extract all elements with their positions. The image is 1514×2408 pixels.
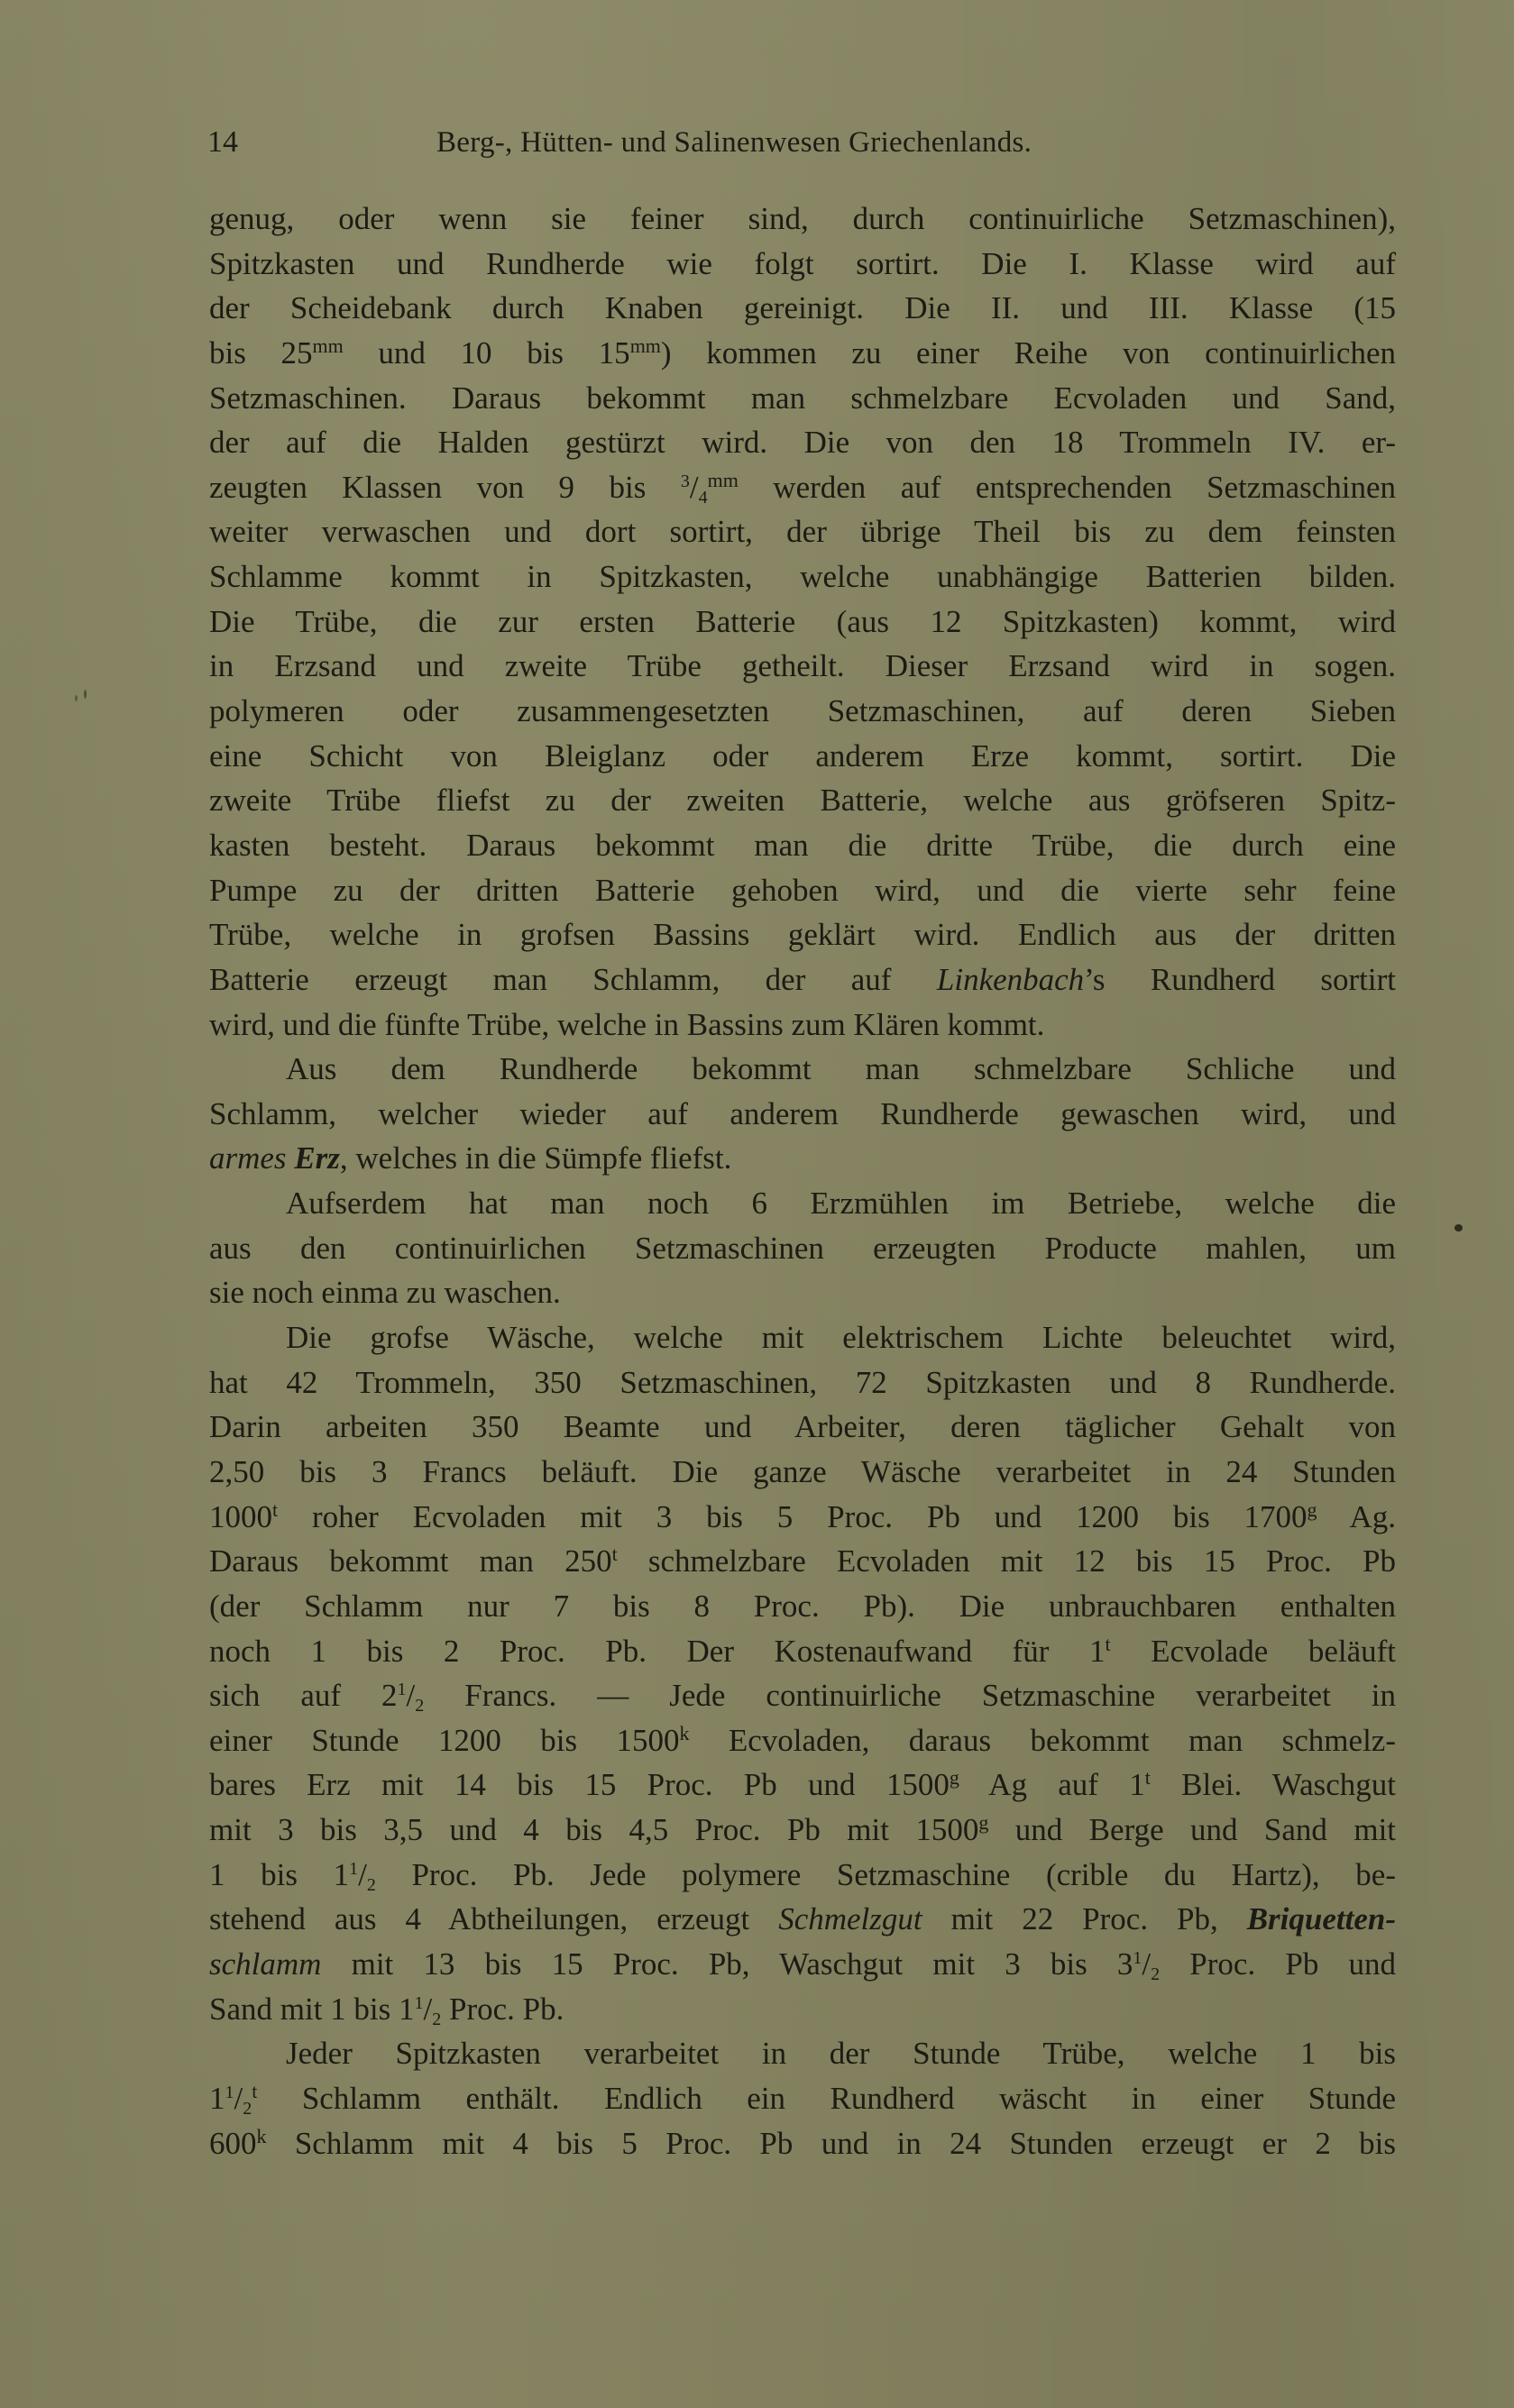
italic-term: armes: [209, 1140, 287, 1176]
text-line: Die grofse Wäsche, welche mit elektrisch…: [209, 1315, 1396, 1360]
text-line: (der Schlamm nur 7 bis 8 Proc. Pb). Die …: [209, 1584, 1396, 1629]
emphasized-term: Erz: [294, 1140, 340, 1176]
superscript-unit: mm: [313, 334, 344, 357]
emphasized-term: Briquetten-: [1247, 1901, 1396, 1936]
text-line: 1 bis 11/2 Proc. Pb. Jede polymere Setzm…: [209, 1853, 1396, 1898]
text-line: mit 3 bis 3,5 und 4 bis 4,5 Proc. Pb mit…: [209, 1808, 1396, 1853]
superscript-unit: g: [1308, 1498, 1317, 1521]
text-line: Trübe, welche in grofsen Bassins geklärt…: [209, 912, 1396, 957]
superscript-unit: t: [612, 1543, 618, 1565]
text-line: Die Trübe, die zur ersten Batterie (aus …: [209, 600, 1396, 645]
text-line: Aufserdem hat man noch 6 Erzmühlen im Be…: [209, 1181, 1396, 1226]
fraction: 1/2: [225, 2081, 252, 2116]
italic-term: Linkenbach: [937, 962, 1084, 997]
text-line: kasten besteht. Daraus bekommt man die d…: [209, 823, 1396, 868]
page-number: 14: [207, 124, 238, 160]
text-line: zeugten Klassen von 9 bis 3/4mm werden a…: [209, 465, 1396, 510]
text-line: sich auf 21/2 Francs. — Jede continuirli…: [209, 1673, 1396, 1718]
text-line: polymeren oder zusammengesetzten Setzmas…: [209, 689, 1396, 734]
text-line: Darin arbeiten 350 Beamte und Arbeiter, …: [209, 1405, 1396, 1450]
text-line: Aus dem Rundherde bekommt man schmelzbar…: [209, 1047, 1396, 1092]
italic-term: Schmelzgut: [778, 1901, 922, 1936]
text-line: Daraus bekommt man 250t schmelzbare Ecvo…: [209, 1539, 1396, 1584]
ink-speck: [1454, 1224, 1463, 1231]
text-line: Batterie erzeugt man Schlamm, der auf Li…: [209, 957, 1396, 1003]
text-line: bares Erz mit 14 bis 15 Proc. Pb und 150…: [209, 1763, 1396, 1808]
text-line: bis 25mm und 10 bis 15mm) kommen zu eine…: [209, 331, 1396, 376]
text-line: weiter verwaschen und dort sortirt, der …: [209, 509, 1396, 554]
fraction: 1/2: [398, 1678, 425, 1713]
text-line: zweite Trübe fliefst zu der zweiten Batt…: [209, 778, 1396, 823]
text-line: schlamm mit 13 bis 15 Proc. Pb, Waschgut…: [209, 1942, 1396, 1987]
text-line: sie noch einma zu waschen.: [209, 1270, 1396, 1315]
text-line: stehend aus 4 Abtheilungen, erzeugt Schm…: [209, 1897, 1396, 1942]
superscript-unit: k: [680, 1722, 690, 1744]
book-page: 14 Berg-, Hütten- und Salinenwesen Griec…: [0, 0, 1514, 2408]
text-line: Spitzkasten und Rundherde wie folgt sort…: [209, 242, 1396, 287]
text-line: in Erzsand und zweite Trübe getheilt. Di…: [209, 644, 1396, 689]
text-line: armes Erz, welches in die Sümpfe fliefst…: [209, 1136, 1396, 1181]
superscript-unit: mm: [708, 469, 739, 491]
running-head: Berg-, Hütten- und Salinenwesen Griechen…: [436, 124, 1158, 160]
text-line: eine Schicht von Bleiglanz oder anderem …: [209, 734, 1396, 779]
text-line: 1000t roher Ecvoladen mit 3 bis 5 Proc. …: [209, 1495, 1396, 1540]
text-line: Sand mit 1 bis 11/2 Proc. Pb.: [209, 1987, 1396, 2032]
superscript-unit: t: [252, 2080, 257, 2102]
text-line: der auf die Halden gestürzt wird. Die vo…: [209, 420, 1396, 465]
body-text: genug, oder wenn sie feiner sind, durch …: [209, 197, 1396, 2165]
text-line: aus den continuirlichen Setzmaschinen er…: [209, 1226, 1396, 1271]
fraction: 1/2: [1133, 1946, 1160, 1982]
fraction: 3/4: [681, 470, 708, 505]
superscript-unit: g: [978, 1811, 988, 1834]
text-line: Schlamm, welcher wieder auf anderem Rund…: [209, 1092, 1396, 1137]
fraction: 1/2: [349, 1857, 376, 1892]
text-line: wird, und die fünfte Trübe, welche in Ba…: [209, 1003, 1396, 1048]
text-line: der Scheidebank durch Knaben gereinigt. …: [209, 286, 1396, 331]
text-line: noch 1 bis 2 Proc. Pb. Der Kostenaufwand…: [209, 1629, 1396, 1674]
italic-term: schlamm: [209, 1946, 321, 1982]
text-line: genug, oder wenn sie feiner sind, durch …: [209, 197, 1396, 242]
ink-speck: [75, 695, 78, 701]
ink-speck: [84, 690, 87, 699]
text-line: Jeder Spitzkasten verarbeitet in der Stu…: [209, 2031, 1396, 2076]
text-line: 2,50 bis 3 Francs beläuft. Die ganze Wäs…: [209, 1450, 1396, 1495]
superscript-unit: t: [272, 1498, 278, 1521]
text-line: Setzmaschinen. Daraus bekommt man schmel…: [209, 376, 1396, 421]
fraction: 1/2: [415, 1991, 442, 2027]
superscript-unit: t: [1105, 1633, 1110, 1655]
superscript-unit: mm: [630, 334, 661, 357]
text-line: 11/2t Schlamm enthält. Endlich ein Rundh…: [209, 2076, 1396, 2121]
superscript-unit: k: [257, 2125, 267, 2147]
text-line: einer Stunde 1200 bis 1500k Ecvoladen, d…: [209, 1718, 1396, 1763]
text-line: 600k Schlamm mit 4 bis 5 Proc. Pb und in…: [209, 2121, 1396, 2166]
text-line: hat 42 Trommeln, 350 Setzmaschinen, 72 S…: [209, 1360, 1396, 1405]
text-line: Pumpe zu der dritten Batterie gehoben wi…: [209, 868, 1396, 913]
superscript-unit: t: [1145, 1766, 1151, 1789]
text-line: Schlamme kommt in Spitzkasten, welche un…: [209, 554, 1396, 600]
superscript-unit: g: [950, 1766, 959, 1789]
